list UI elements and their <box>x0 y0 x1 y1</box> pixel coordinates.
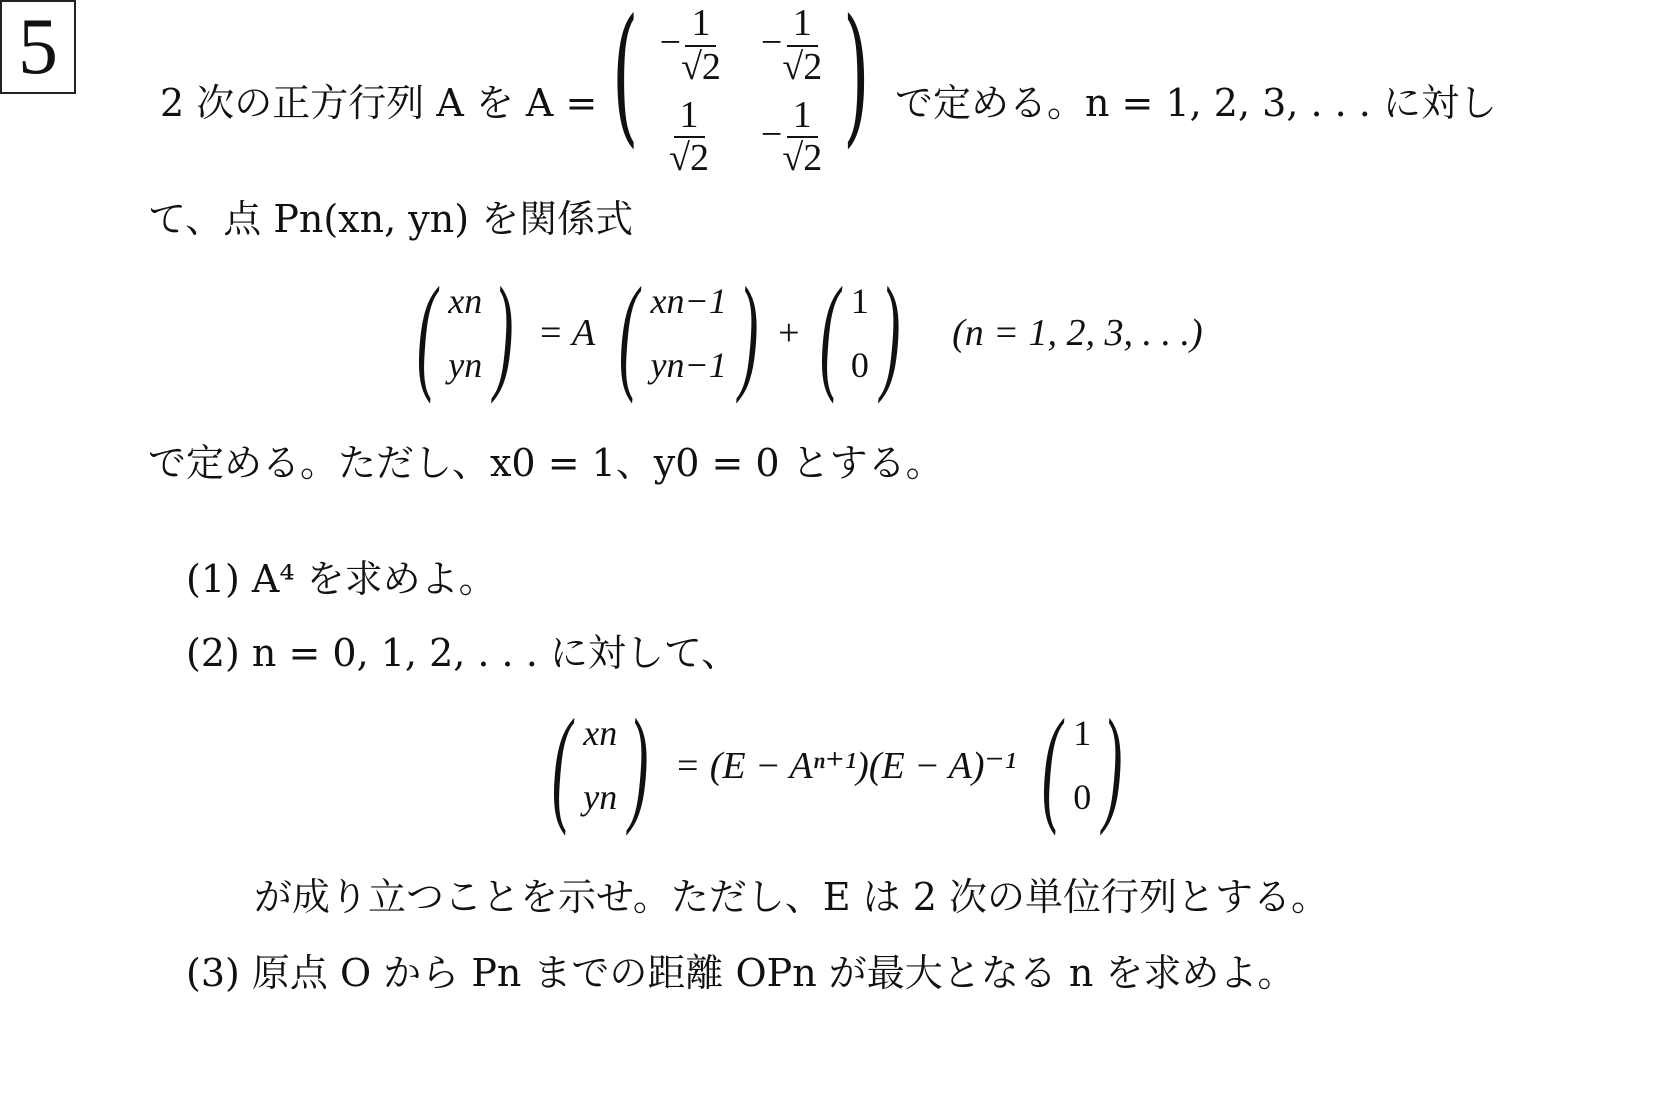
a11: −1√2 <box>660 3 721 89</box>
a21: 1√2 <box>660 95 721 181</box>
line-3: で定める。ただし、x0 = 1、y0 = 0 とする。 <box>148 432 944 487</box>
a22: −1√2 <box>761 95 822 181</box>
part-3: (3) 原点 O から Pn までの距離 OPn が最大となる n を求めよ。 <box>186 942 1295 997</box>
intro-after: で定める。n = 1, 2, 3, . . . に対し <box>895 72 1497 127</box>
part-2: (2) n = 0, 1, 2, . . . に対して、 <box>186 622 739 677</box>
part-2-after: が成り立つことを示せ。ただし、E は 2 次の単位行列とする。 <box>254 866 1329 921</box>
matrix-A: ( −1√2 −1√2 1√2 −1√2 ) <box>596 0 886 210</box>
part-2-formula: ( xnyn ) = (E − Aⁿ⁺¹)(E − A)⁻¹ ( 10 ) <box>540 700 1135 830</box>
recurrence-equation: ( xnyn ) = A ( xn−1yn−1 ) + ( 10 ) (n = … <box>405 268 1203 398</box>
line-2: て、点 Pn(xn, yn) を関係式 <box>148 188 633 243</box>
intro-text: 2 次の正方行列 A を A = <box>160 72 597 127</box>
part-1: (1) A⁴ を求めよ。 <box>186 548 497 603</box>
problem-number: 5 <box>0 0 76 94</box>
a12: −1√2 <box>761 3 822 89</box>
